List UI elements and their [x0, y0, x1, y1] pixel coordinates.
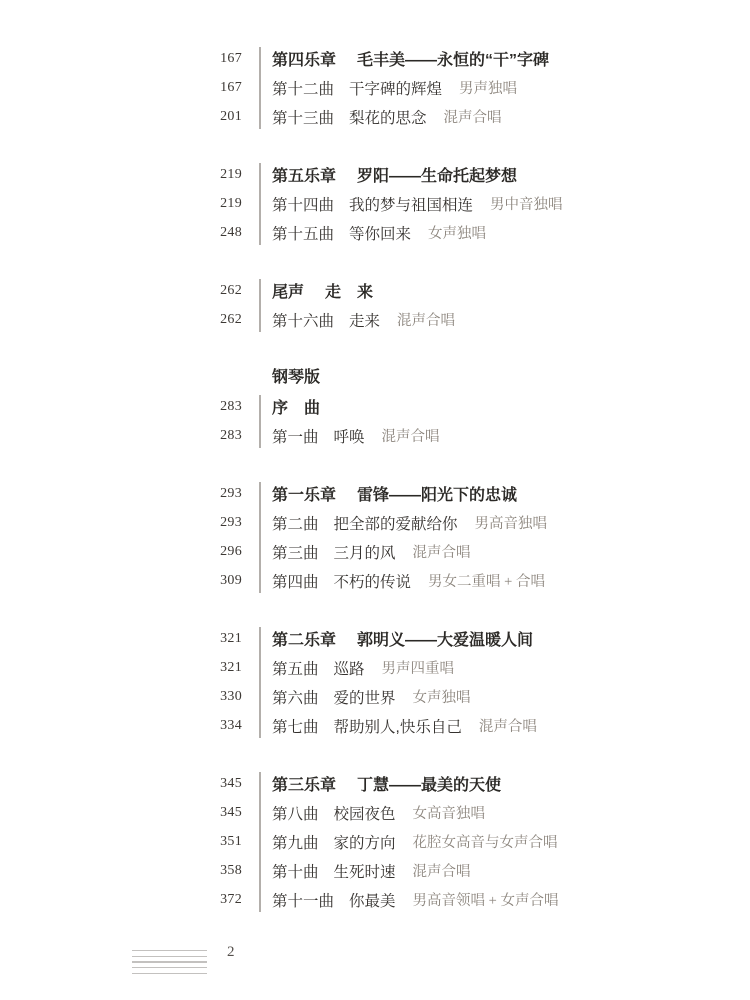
toc-entry-label: 第三乐章 [272, 772, 336, 795]
toc-group: 262 尾声 走 来 262 第十六曲 走来 混声合唱 [200, 276, 740, 334]
toc-entry-label: 第十五曲 [272, 222, 334, 244]
toc-entry: 第十六曲 走来 混声合唱 [242, 309, 455, 331]
toc-entry-label: 第二曲 [272, 512, 319, 534]
staff-line [132, 950, 207, 951]
toc-entry: 第五乐章 罗阳——生命托起梦想 [242, 163, 517, 186]
toc-row: 293 第一乐章 雷锋——阳光下的忠诚 [200, 479, 740, 508]
toc-entry: 第九曲 家的方向 花腔女高音与女声合唱 [242, 831, 558, 853]
toc-row: 334 第七曲 帮助别人,快乐自己 混声合唱 [200, 711, 740, 740]
toc-row: 321 第二乐章 郭明义——大爱温暖人间 [200, 624, 740, 653]
toc-voice-type: 混声合唱 [479, 715, 537, 736]
toc-entry: 第十二曲 干字碑的辉煌 男声独唱 [242, 77, 517, 99]
toc-entry: 序 曲 [242, 395, 341, 418]
toc-entry: 第十曲 生死时速 混声合唱 [242, 860, 471, 882]
toc-entry: 第八曲 校园夜色 女高音独唱 [242, 802, 485, 824]
toc-page-number: 219 [200, 167, 242, 183]
toc-row: 219 第五乐章 罗阳——生命托起梦想 [200, 160, 740, 189]
toc-entry-title: 把全部的爱献给你 [334, 512, 458, 534]
toc-group: 321 第二乐章 郭明义——大爱温暖人间 321 第五曲 巡路 男声四重唱 33… [200, 624, 740, 740]
staff-line [132, 956, 207, 957]
toc-row: 351 第九曲 家的方向 花腔女高音与女声合唱 [200, 827, 740, 856]
part-heading-title: 钢琴版 [272, 369, 320, 386]
toc-entry-title: 梨花的思念 [349, 106, 427, 128]
toc-row: 167 第四乐章 毛丰美——永恒的“干”字碑 [200, 44, 740, 73]
toc-entry-title: 巡路 [334, 657, 365, 679]
toc-page-number: 372 [200, 892, 242, 908]
toc-page-number: 351 [200, 834, 242, 850]
group-divider-line [259, 279, 261, 332]
toc-entry-label: 第八曲 [272, 802, 319, 824]
toc-entry-title: 校园夜色 [334, 802, 396, 824]
toc-voice-type: 混声合唱 [413, 860, 471, 881]
toc-entry-label: 尾声 [272, 279, 304, 302]
toc-entry-label: 第十曲 [272, 860, 319, 882]
toc-entry-label: 第五乐章 [272, 163, 336, 186]
toc-page-number: 283 [200, 399, 242, 415]
toc-page-number: 296 [200, 544, 242, 560]
toc-entry: 第三乐章 丁慧——最美的天使 [242, 772, 501, 795]
toc-page-number: 309 [200, 573, 242, 589]
toc-page-number: 330 [200, 689, 242, 705]
toc-entry: 第四曲 不朽的传说 男女二重唱 + 合唱 [242, 570, 545, 592]
toc-page-number: 293 [200, 486, 242, 502]
toc-voice-type: 混声合唱 [444, 106, 502, 127]
toc-entry-label: 第五曲 [272, 657, 319, 679]
toc-entry-label: 第十三曲 [272, 106, 334, 128]
toc-voice-type: 男声四重唱 [382, 657, 455, 678]
toc-voice-type: 混声合唱 [397, 309, 455, 330]
toc-row: 283 第一曲 呼唤 混声合唱 [200, 421, 740, 450]
toc-voice-type: 男声独唱 [459, 77, 517, 98]
toc-entry: 第十五曲 等你回来 女声独唱 [242, 222, 486, 244]
toc-voice-type: 男女二重唱 + 合唱 [428, 570, 545, 591]
toc-entry-title: 丁慧——最美的天使 [357, 772, 501, 795]
toc-group: 283 序 曲 283 第一曲 呼唤 混声合唱 [200, 392, 740, 450]
toc-page-number: 334 [200, 718, 242, 734]
toc-entry: 第一乐章 雷锋——阳光下的忠诚 [242, 482, 517, 505]
toc-page-number: 283 [200, 428, 242, 444]
toc-row: 201 第十三曲 梨花的思念 混声合唱 [200, 102, 740, 131]
toc-page-number: 345 [200, 776, 242, 792]
toc-group: 293 第一乐章 雷锋——阳光下的忠诚 293 第二曲 把全部的爱献给你 男高音… [200, 479, 740, 595]
toc-entry-title: 你最美 [349, 889, 396, 911]
toc-entry-label: 第一乐章 [272, 482, 336, 505]
toc-entry-title: 等你回来 [349, 222, 411, 244]
toc-entry-label: 第四曲 [272, 570, 319, 592]
toc-entry-label: 第十一曲 [272, 889, 334, 911]
toc-voice-type: 混声合唱 [382, 425, 440, 446]
toc-page-number: 358 [200, 863, 242, 879]
toc-entry-title: 罗阳——生命托起梦想 [357, 163, 517, 186]
toc-voice-type: 男高音领唱 + 女声合唱 [413, 889, 559, 910]
toc-row: 167 第十二曲 干字碑的辉煌 男声独唱 [200, 73, 740, 102]
toc-entry-title: 走来 [349, 309, 380, 331]
toc-entry-label: 序 曲 [272, 395, 320, 418]
toc-voice-type: 男高音独唱 [475, 512, 548, 533]
group-divider-line [259, 772, 261, 912]
toc-entry-label: 第一曲 [272, 425, 319, 447]
toc-entry-title: 郭明义——大爱温暖人间 [357, 627, 533, 650]
toc-entry-title: 帮助别人,快乐自己 [334, 715, 462, 737]
toc-entry-title: 我的梦与祖国相连 [349, 193, 473, 215]
toc-entry-title: 走 来 [325, 279, 373, 302]
toc-entry-label: 第九曲 [272, 831, 319, 853]
toc-row: 262 第十六曲 走来 混声合唱 [200, 305, 740, 334]
part-heading: 钢琴版 [200, 363, 740, 392]
toc-entry: 第二乐章 郭明义——大爱温暖人间 [242, 627, 533, 650]
toc-page-number: 293 [200, 515, 242, 531]
toc-entry-label: 第十六曲 [272, 309, 334, 331]
toc-entry-title: 毛丰美——永恒的“干”字碑 [357, 47, 549, 70]
toc-entry-title: 不朽的传说 [334, 570, 412, 592]
group-divider-line [259, 395, 261, 448]
toc-row: 321 第五曲 巡路 男声四重唱 [200, 653, 740, 682]
folio-page-number: 2 [227, 944, 235, 961]
toc-page-number: 201 [200, 109, 242, 125]
toc-row: 219 第十四曲 我的梦与祖国相连 男中音独唱 [200, 189, 740, 218]
toc-entry: 尾声 走 来 [242, 279, 373, 302]
toc-row: 358 第十曲 生死时速 混声合唱 [200, 856, 740, 885]
toc-entry: 第五曲 巡路 男声四重唱 [242, 657, 454, 679]
toc-page-number: 248 [200, 225, 242, 241]
toc-entry-label: 第二乐章 [272, 627, 336, 650]
toc-page-number: 167 [200, 80, 242, 96]
toc-group: 345 第三乐章 丁慧——最美的天使 345 第八曲 校园夜色 女高音独唱 35… [200, 769, 740, 914]
table-of-contents: 167 第四乐章 毛丰美——永恒的“干”字碑 167 第十二曲 干字碑的辉煌 男… [200, 44, 740, 943]
toc-entry: 第二曲 把全部的爱献给你 男高音独唱 [242, 512, 547, 534]
toc-row: 330 第六曲 爱的世界 女声独唱 [200, 682, 740, 711]
toc-entry-title: 雷锋——阳光下的忠诚 [357, 482, 517, 505]
toc-entry-label: 第六曲 [272, 686, 319, 708]
toc-entry-label: 第十四曲 [272, 193, 334, 215]
toc-row: 345 第八曲 校园夜色 女高音独唱 [200, 798, 740, 827]
toc-entry-label: 第三曲 [272, 541, 319, 563]
toc-entry: 第一曲 呼唤 混声合唱 [242, 425, 440, 447]
toc-voice-type: 男中音独唱 [490, 193, 563, 214]
toc-page-number: 167 [200, 51, 242, 67]
toc-entry-title: 呼唤 [334, 425, 365, 447]
staff-line [132, 973, 207, 974]
toc-voice-type: 女高音独唱 [413, 802, 486, 823]
toc-entry-title: 生死时速 [334, 860, 396, 882]
toc-entry-title: 爱的世界 [334, 686, 396, 708]
toc-page-number: 262 [200, 312, 242, 328]
toc-row: 345 第三乐章 丁慧——最美的天使 [200, 769, 740, 798]
toc-page-number: 262 [200, 283, 242, 299]
toc-entry: 第十四曲 我的梦与祖国相连 男中音独唱 [242, 193, 563, 215]
toc-entry: 第十一曲 你最美 男高音领唱 + 女声合唱 [242, 889, 558, 911]
toc-row: 248 第十五曲 等你回来 女声独唱 [200, 218, 740, 247]
toc-page-number: 219 [200, 196, 242, 212]
group-divider-line [259, 482, 261, 593]
group-divider-line [259, 163, 261, 245]
toc-entry-title: 家的方向 [334, 831, 396, 853]
toc-page-number: 321 [200, 660, 242, 676]
group-divider-line [259, 627, 261, 738]
toc-entry-label: 第十二曲 [272, 77, 334, 99]
toc-page-number: 321 [200, 631, 242, 647]
toc-entry-label: 第四乐章 [272, 47, 336, 70]
toc-group: 219 第五乐章 罗阳——生命托起梦想 219 第十四曲 我的梦与祖国相连 男中… [200, 160, 740, 247]
toc-voice-type: 女声独唱 [428, 222, 486, 243]
toc-row: 283 序 曲 [200, 392, 740, 421]
toc-entry: 第四乐章 毛丰美——永恒的“干”字碑 [242, 47, 549, 70]
toc-page-number: 345 [200, 805, 242, 821]
staff-line [132, 961, 207, 962]
toc-voice-type: 女声独唱 [413, 686, 471, 707]
toc-entry-label: 第七曲 [272, 715, 319, 737]
toc-row: 309 第四曲 不朽的传说 男女二重唱 + 合唱 [200, 566, 740, 595]
toc-voice-type: 花腔女高音与女声合唱 [413, 831, 558, 852]
toc-row: 372 第十一曲 你最美 男高音领唱 + 女声合唱 [200, 885, 740, 914]
toc-entry: 第三曲 三月的风 混声合唱 [242, 541, 471, 563]
toc-row: 262 尾声 走 来 [200, 276, 740, 305]
toc-group: 167 第四乐章 毛丰美——永恒的“干”字碑 167 第十二曲 干字碑的辉煌 男… [200, 44, 740, 131]
toc-row: 293 第二曲 把全部的爱献给你 男高音独唱 [200, 508, 740, 537]
toc-entry-title: 干字碑的辉煌 [349, 77, 442, 99]
toc-entry: 第十三曲 梨花的思念 混声合唱 [242, 106, 502, 128]
music-staff-icon [132, 950, 207, 974]
staff-line [132, 967, 207, 968]
toc-entry: 第六曲 爱的世界 女声独唱 [242, 686, 471, 708]
toc-entry-title: 三月的风 [334, 541, 396, 563]
toc-row: 296 第三曲 三月的风 混声合唱 [200, 537, 740, 566]
toc-entry: 第七曲 帮助别人,快乐自己 混声合唱 [242, 715, 537, 737]
toc-voice-type: 混声合唱 [413, 541, 471, 562]
group-divider-line [259, 47, 261, 129]
